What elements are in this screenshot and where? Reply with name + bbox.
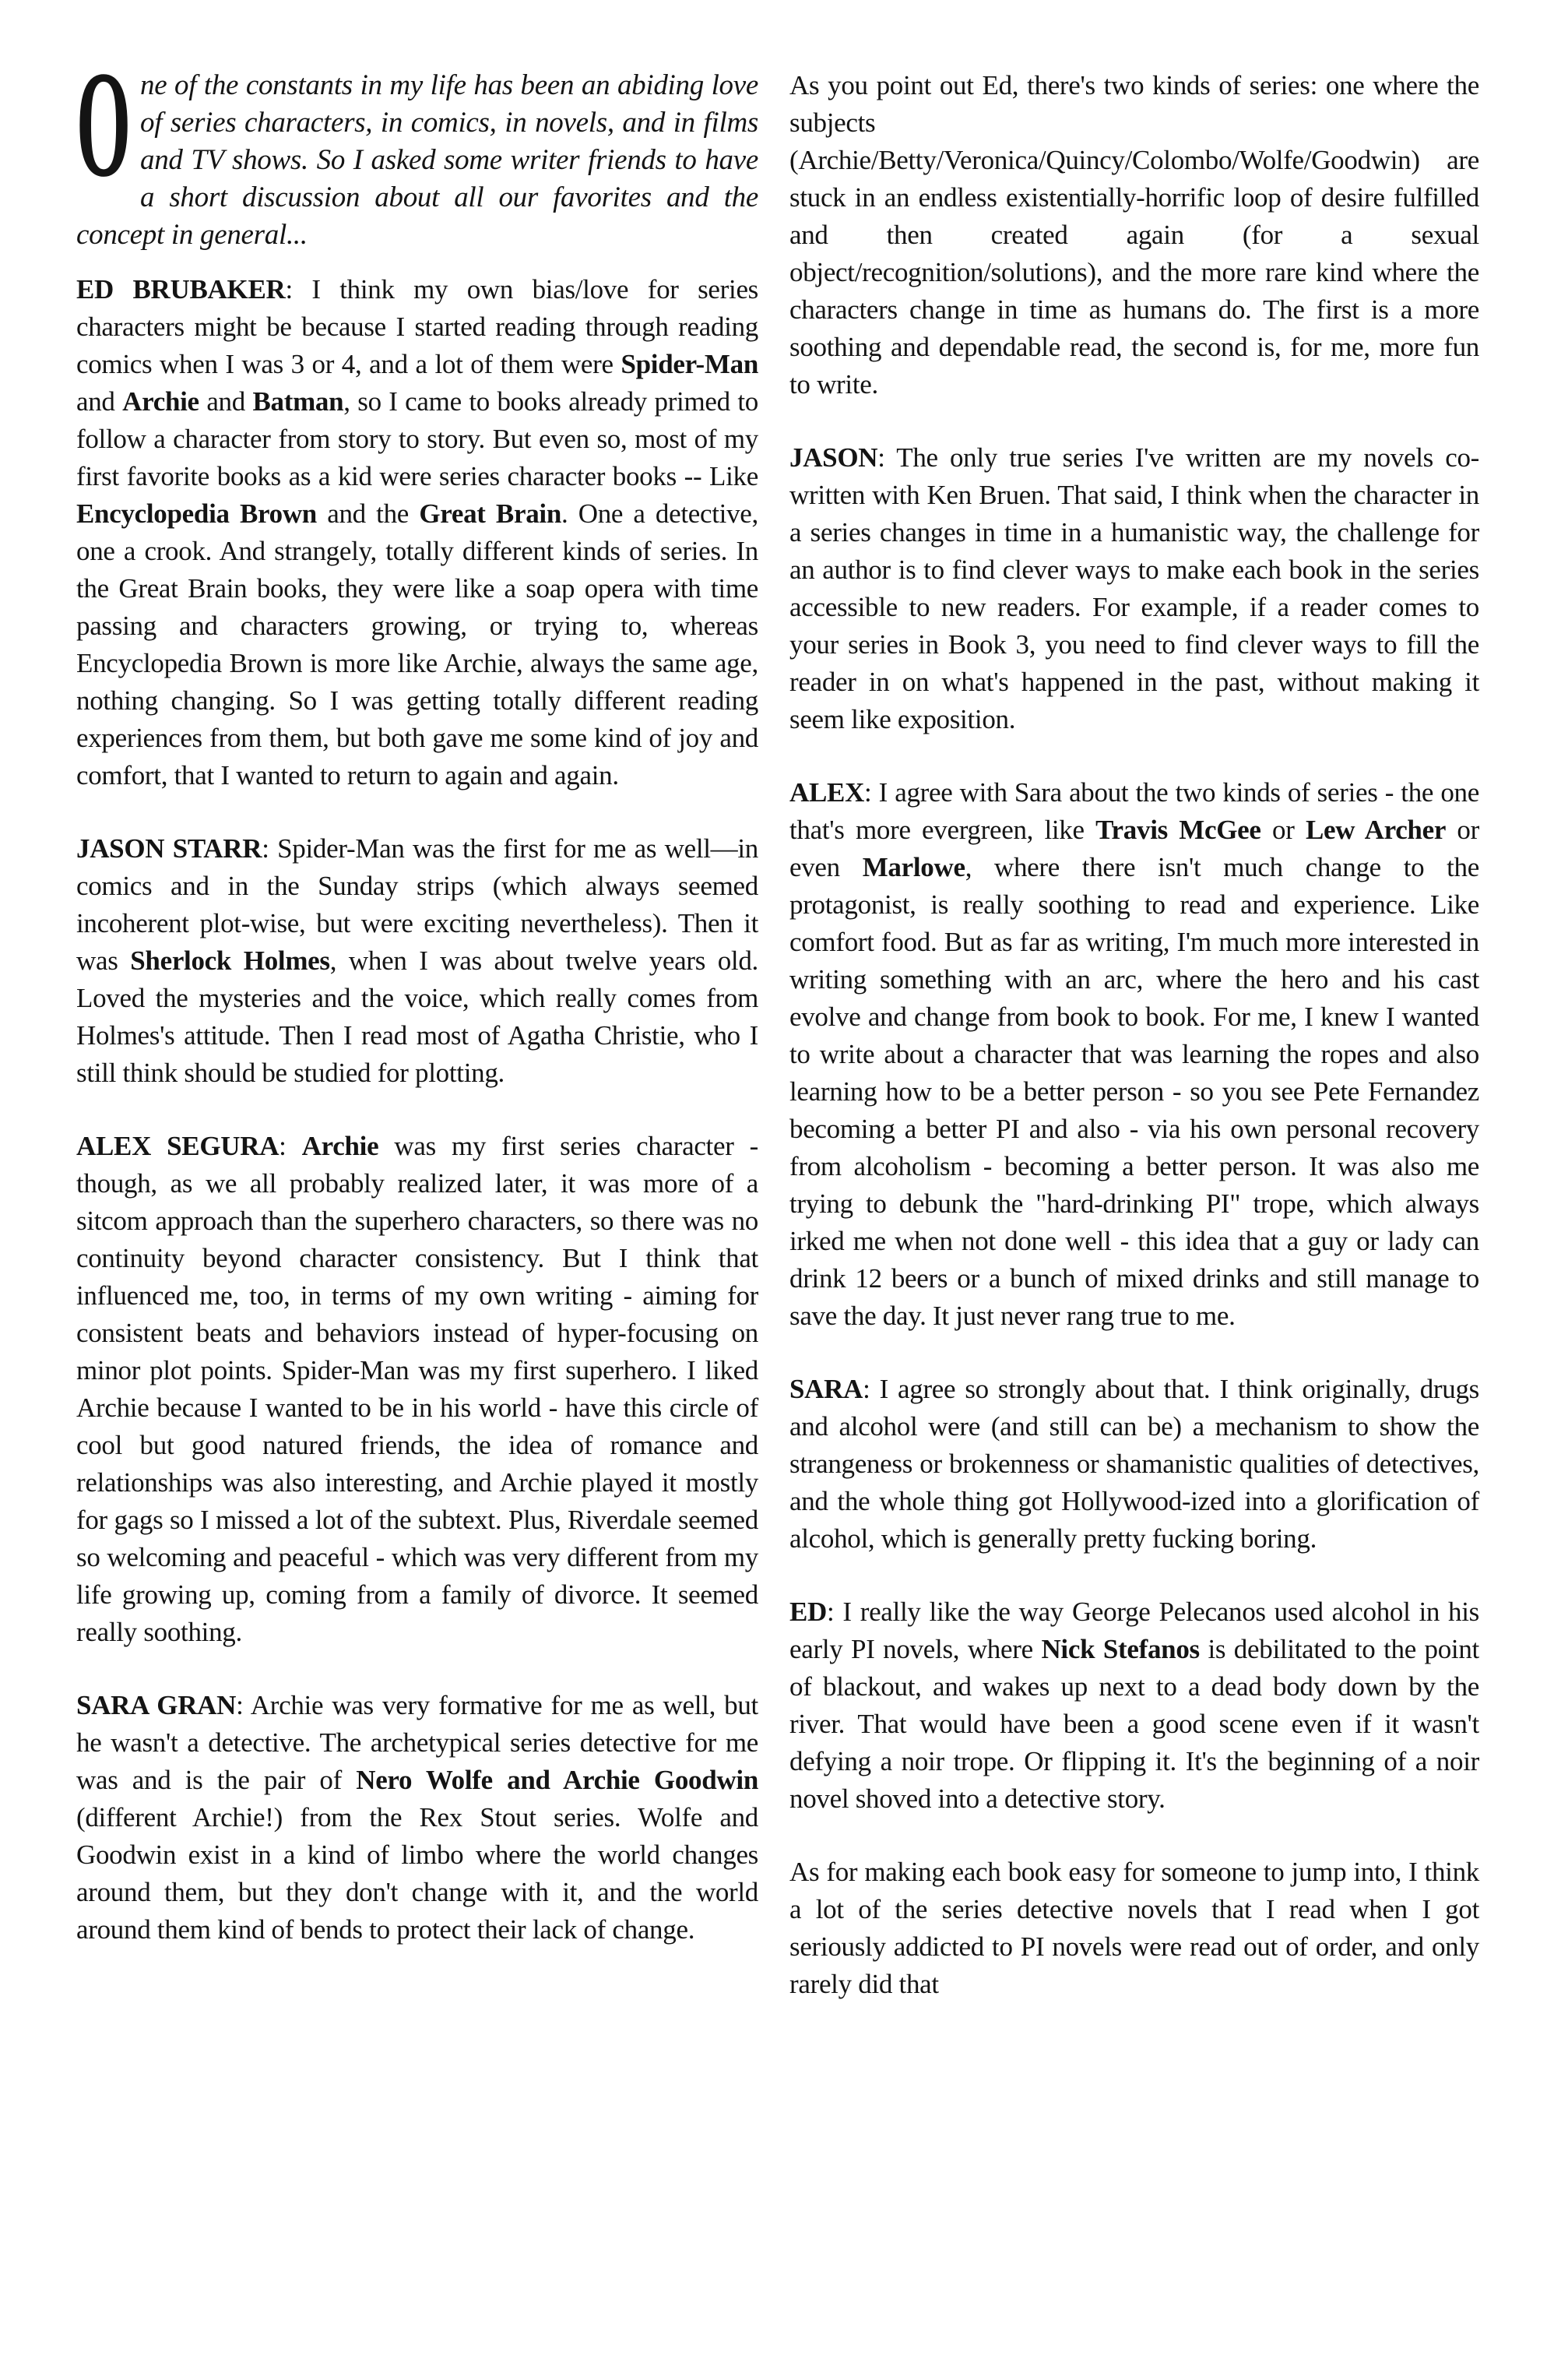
speaker-name: ED BRUBAKER <box>76 274 285 305</box>
paragraph: As for making each book easy for someone… <box>789 1854 1479 2003</box>
bold-title: Batman <box>252 386 343 417</box>
speaker-name: SARA GRAN <box>76 1690 236 1720</box>
text-run: , where there isn't much change to the p… <box>789 852 1479 1331</box>
bold-title: Nick Stefanos <box>1041 1634 1199 1664</box>
bold-title: Encyclopedia Brown <box>76 498 317 529</box>
text-run: : <box>279 1131 302 1161</box>
text-run: As for making each book easy for someone… <box>789 1857 1479 1999</box>
article-page: One of the constants in my life has been… <box>0 0 1547 2380</box>
text-run: or <box>1261 815 1306 845</box>
paragraph: JASON STARR: Spider-Man was the first fo… <box>76 830 758 1092</box>
bold-title: Great Brain <box>419 498 561 529</box>
intro-text: ne of the constants in my life has been … <box>76 69 758 251</box>
paragraph: JASON: The only true series I've written… <box>789 439 1479 738</box>
text-run: As you point out Ed, there's two kinds o… <box>789 70 1479 400</box>
speaker-name: ALEX <box>789 777 864 808</box>
text-run: and the <box>317 498 419 529</box>
speaker-name: JASON STARR <box>76 833 262 864</box>
speaker-name: SARA <box>789 1374 863 1404</box>
paragraph: ALEX SEGURA: Archie was my first series … <box>76 1128 758 1651</box>
paragraph: ED BRUBAKER: I think my own bias/love fo… <box>76 271 758 794</box>
paragraph: As you point out Ed, there's two kinds o… <box>789 67 1479 403</box>
text-run: : The only true series I've written are … <box>789 442 1479 734</box>
speaker-name: ALEX SEGURA <box>76 1131 279 1161</box>
drop-cap: O <box>76 70 102 182</box>
text-run: (different Archie!) from the Rex Stout s… <box>76 1802 758 1945</box>
intro-paragraph: One of the constants in my life has been… <box>76 67 758 254</box>
bold-title: Travis McGee <box>1095 815 1261 845</box>
bold-title: Archie <box>302 1131 379 1161</box>
paragraph: SARA: I agree so strongly about that. I … <box>789 1371 1479 1558</box>
text-run: : I agree so strongly about that. I thin… <box>789 1374 1479 1554</box>
left-column: One of the constants in my life has been… <box>76 67 758 1984</box>
right-column: As you point out Ed, there's two kinds o… <box>789 67 1479 2039</box>
bold-title: Sherlock Holmes <box>130 945 330 976</box>
bold-title: Nero Wolfe and Archie Goodwin <box>356 1765 758 1795</box>
text-run: was my first series character - though, … <box>76 1131 758 1647</box>
text-run: and <box>76 386 122 417</box>
bold-title: Marlowe <box>863 852 965 882</box>
speaker-name: JASON <box>789 442 877 473</box>
speaker-name: ED <box>789 1597 827 1627</box>
text-run: . One a detective, one a crook. And stra… <box>76 498 758 790</box>
paragraph: SARA GRAN: Archie was very formative for… <box>76 1687 758 1949</box>
text-run: and <box>199 386 253 417</box>
bold-title: Archie <box>122 386 199 417</box>
bold-title: Lew Archer <box>1306 815 1446 845</box>
paragraph: ALEX: I agree with Sara about the two ki… <box>789 774 1479 1335</box>
bold-title: Spider-Man <box>621 349 758 379</box>
paragraph: ED: I really like the way George Pelecan… <box>789 1593 1479 1818</box>
